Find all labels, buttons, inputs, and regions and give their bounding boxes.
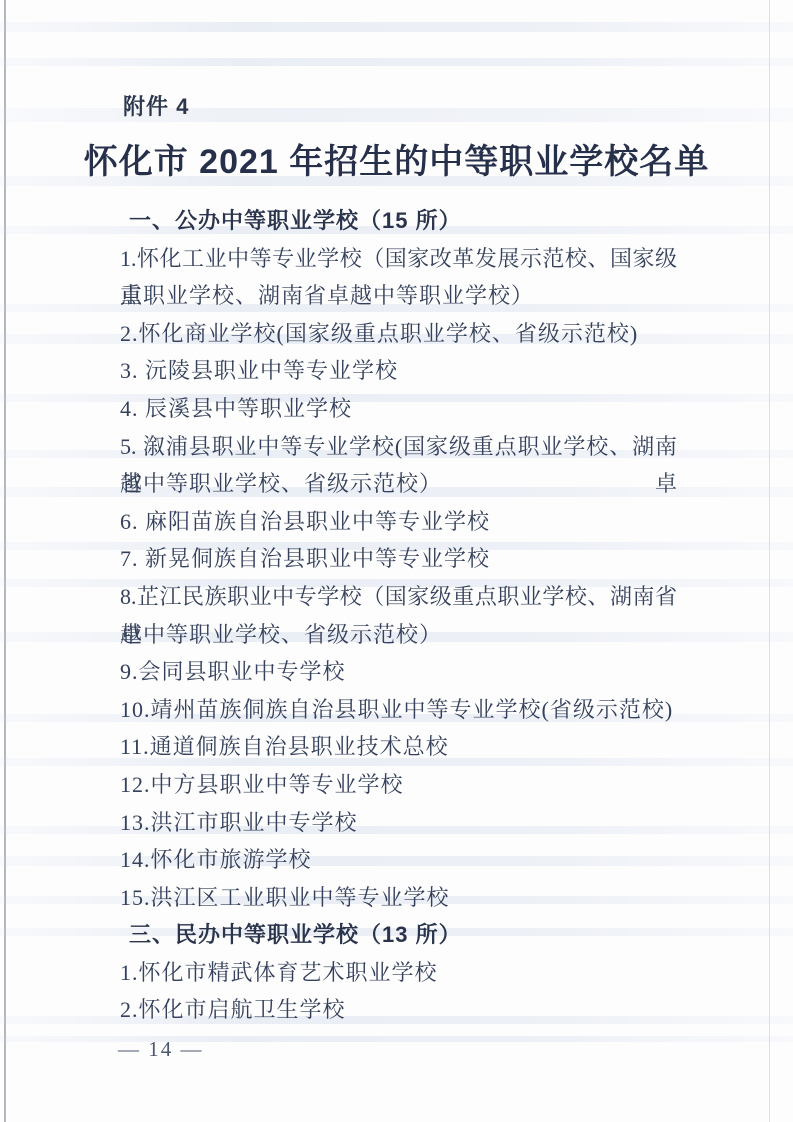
- document-body: 一、公办中等职业学校（15 所） 1.怀化工业中等专业学校（国家改革发展示范校、…: [120, 202, 677, 1029]
- school-line: 点职业学校、湖南省卓越中等职业学校）: [120, 277, 677, 315]
- school-line: 2.怀化市启航卫生学校: [120, 991, 677, 1029]
- school-line: 5. 溆浦县职业中等专业学校(国家级重点职业学校、湖南省卓: [120, 428, 677, 466]
- section-heading-private: 三、民办中等职业学校（13 所）: [120, 916, 677, 954]
- school-line: 14.怀化市旅游学校: [120, 841, 677, 879]
- school-line: 1.怀化工业中等专业学校（国家改革发展示范校、国家级重: [120, 240, 677, 278]
- school-line: 越中等职业学校、省级示范校）: [120, 616, 677, 654]
- school-line: 7. 新晃侗族自治县职业中等专业学校: [120, 540, 677, 578]
- school-line: 13.洪江市职业中专学校: [120, 804, 677, 842]
- scan-artifact: [0, 108, 793, 122]
- page-title: 怀化市 2021 年招生的中等职业学校名单: [0, 134, 793, 183]
- school-line: 8.芷江民族职业中专学校（国家级重点职业学校、湖南省卓: [120, 578, 677, 616]
- school-line: 3. 沅陵县职业中等专业学校: [120, 352, 677, 390]
- school-line: 4. 辰溪县中等职业学校: [120, 390, 677, 428]
- attachment-label: 附件 4: [123, 90, 189, 121]
- scan-artifact: [0, 22, 793, 32]
- school-line: 2.怀化商业学校(国家级重点职业学校、省级示范校): [120, 315, 677, 353]
- school-line: 6. 麻阳苗族自治县职业中等专业学校: [120, 503, 677, 541]
- section-heading-public: 一、公办中等职业学校（15 所）: [120, 202, 677, 240]
- school-line: 15.洪江区工业职业中等专业学校: [120, 879, 677, 917]
- school-line: 11.通道侗族自治县职业技术总校: [120, 728, 677, 766]
- page-number: — 14 —: [118, 1034, 204, 1064]
- school-line: 12.中方县职业中等专业学校: [120, 766, 677, 804]
- school-line: 10.靖州苗族侗族自治县职业中等专业学校(省级示范校): [120, 691, 677, 729]
- document-page: 附件 4 怀化市 2021 年招生的中等职业学校名单 一、公办中等职业学校（15…: [0, 0, 793, 1122]
- school-line: 9.会同县职业中专学校: [120, 653, 677, 691]
- scan-artifact: [0, 58, 793, 66]
- school-line: 1.怀化市精武体育艺术职业学校: [120, 954, 677, 992]
